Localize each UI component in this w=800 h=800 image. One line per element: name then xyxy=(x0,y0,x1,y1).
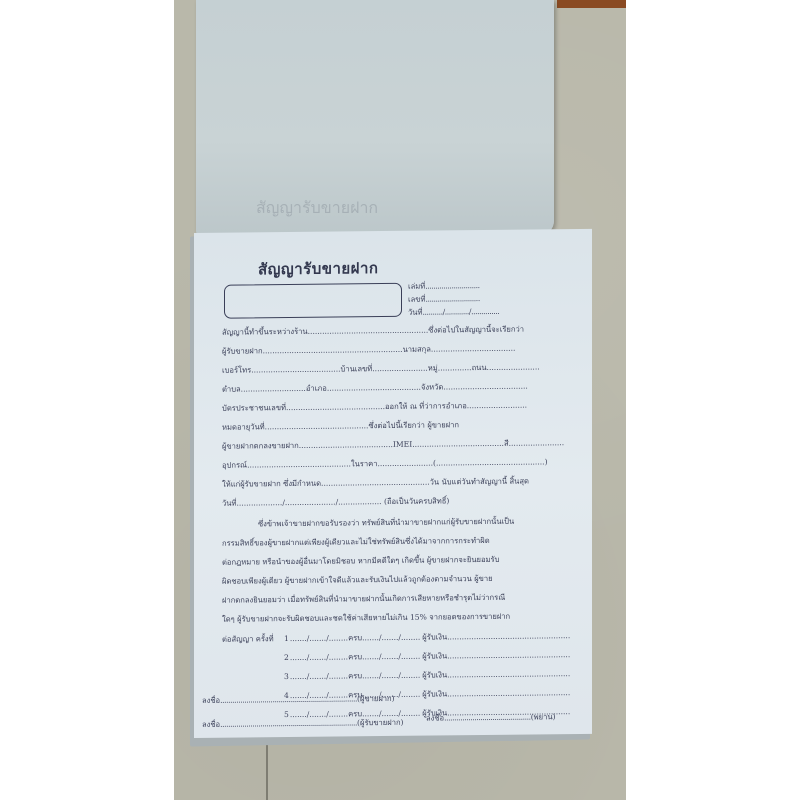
receiver-signature-field[interactable]: ลงชื่อ..................................… xyxy=(202,717,404,731)
form-line-district-province[interactable]: ตำบล...........................อำเภอ....… xyxy=(222,383,528,394)
show-through-title: สัญญารับขายฝาก xyxy=(256,196,378,221)
photo-background: สัญญารับขายฝาก สัญญารับขายฝาก เล่มที่...… xyxy=(174,0,626,800)
receiver-role-label: (ผู้รับขายฝาก) xyxy=(357,718,404,727)
store-stamp-box[interactable] xyxy=(224,283,402,319)
form-line-end-date[interactable]: วันที่.................../..............… xyxy=(222,497,449,507)
witness-role-label: (พยาน) xyxy=(531,712,556,721)
document-number-field[interactable]: เลขที่........................... xyxy=(408,295,480,303)
form-line-term[interactable]: ให้แก่ผู้รับขายฝาก ซึ่งมีกำหนด..........… xyxy=(222,477,529,488)
seller-signature-field[interactable]: ลงชื่อ..................................… xyxy=(202,693,395,707)
contract-document: สัญญารับขายฝาก เล่มที่..................… xyxy=(194,229,592,738)
book-number-field[interactable]: เล่มที่........................... xyxy=(408,282,480,290)
renewal-label: ต่อสัญญา ครั้งที่ xyxy=(222,635,274,643)
date-label: วันที่ xyxy=(408,308,422,317)
document-number-label: เลขที่ xyxy=(408,295,425,304)
form-line-id-card[interactable]: บัตรประชาชนเลขที่.......................… xyxy=(222,402,527,413)
seller-role-label: (ผู้ขายฝาก) xyxy=(357,694,395,703)
surface-seam xyxy=(266,742,268,800)
renewal-row[interactable]: 2......./......./........ครบ......./....… xyxy=(284,651,570,662)
witness-signature-field[interactable]: ลงชื่อ..................................… xyxy=(426,711,556,724)
form-line-item-imei[interactable]: ผู้ขายฝากตกลงขายฝาก.....................… xyxy=(222,439,564,450)
terms-paragraph-line: ใดๆ ผู้รับขายฝากจะรับผิดชอบและชดใช้ค่าเส… xyxy=(222,613,510,624)
wooden-edge xyxy=(557,0,626,8)
date-field[interactable]: วันที่........../............/..........… xyxy=(408,308,499,317)
form-line-receiver-name[interactable]: ผู้รับขายฝาก............................… xyxy=(222,345,515,356)
terms-paragraph-line: ซึ่งข้าพเจ้าขายฝากขอรับรองว่า ทรัพย์สินท… xyxy=(258,518,514,528)
terms-paragraph-line: ผิดชอบเพียงผู้เดียว ผู้ขายฝากเข้าใจดีแล้… xyxy=(222,575,493,585)
terms-paragraph-line: ต่อกฎหมาย หรือนำของผู้อื่นมาโดยมิชอบ หาก… xyxy=(222,556,499,566)
form-line-expiry[interactable]: หมดอายุวันที่...........................… xyxy=(222,421,459,431)
document-title: สัญญารับขายฝาก xyxy=(258,261,378,277)
book-number-label: เล่มที่ xyxy=(408,282,425,291)
renewal-row[interactable]: 3......./......./........ครบ......./....… xyxy=(284,670,570,681)
form-line-store[interactable]: สัญญานี้ทำขึ้นระหว่างร้าน...............… xyxy=(222,326,524,337)
form-line-accessories-price[interactable]: อุปกรณ์.................................… xyxy=(222,458,548,469)
terms-paragraph-line: กรรมสิทธิ์ของผู้ขายฝากแต่เพียงผู้เดียวแล… xyxy=(222,537,490,547)
terms-paragraph-line: ฝากตกลงยินยอมว่า เมื่อทรัพย์สินที่นำมาขา… xyxy=(222,594,505,605)
contract-form-sheet: สัญญารับขายฝาก เล่มที่..................… xyxy=(194,229,592,738)
renewal-row[interactable]: 1......./......./........ครบ......./....… xyxy=(284,632,570,643)
flipped-back-page: สัญญารับขายฝาก xyxy=(196,0,554,235)
form-line-phone-address[interactable]: เบอร์โทร................................… xyxy=(222,363,540,374)
